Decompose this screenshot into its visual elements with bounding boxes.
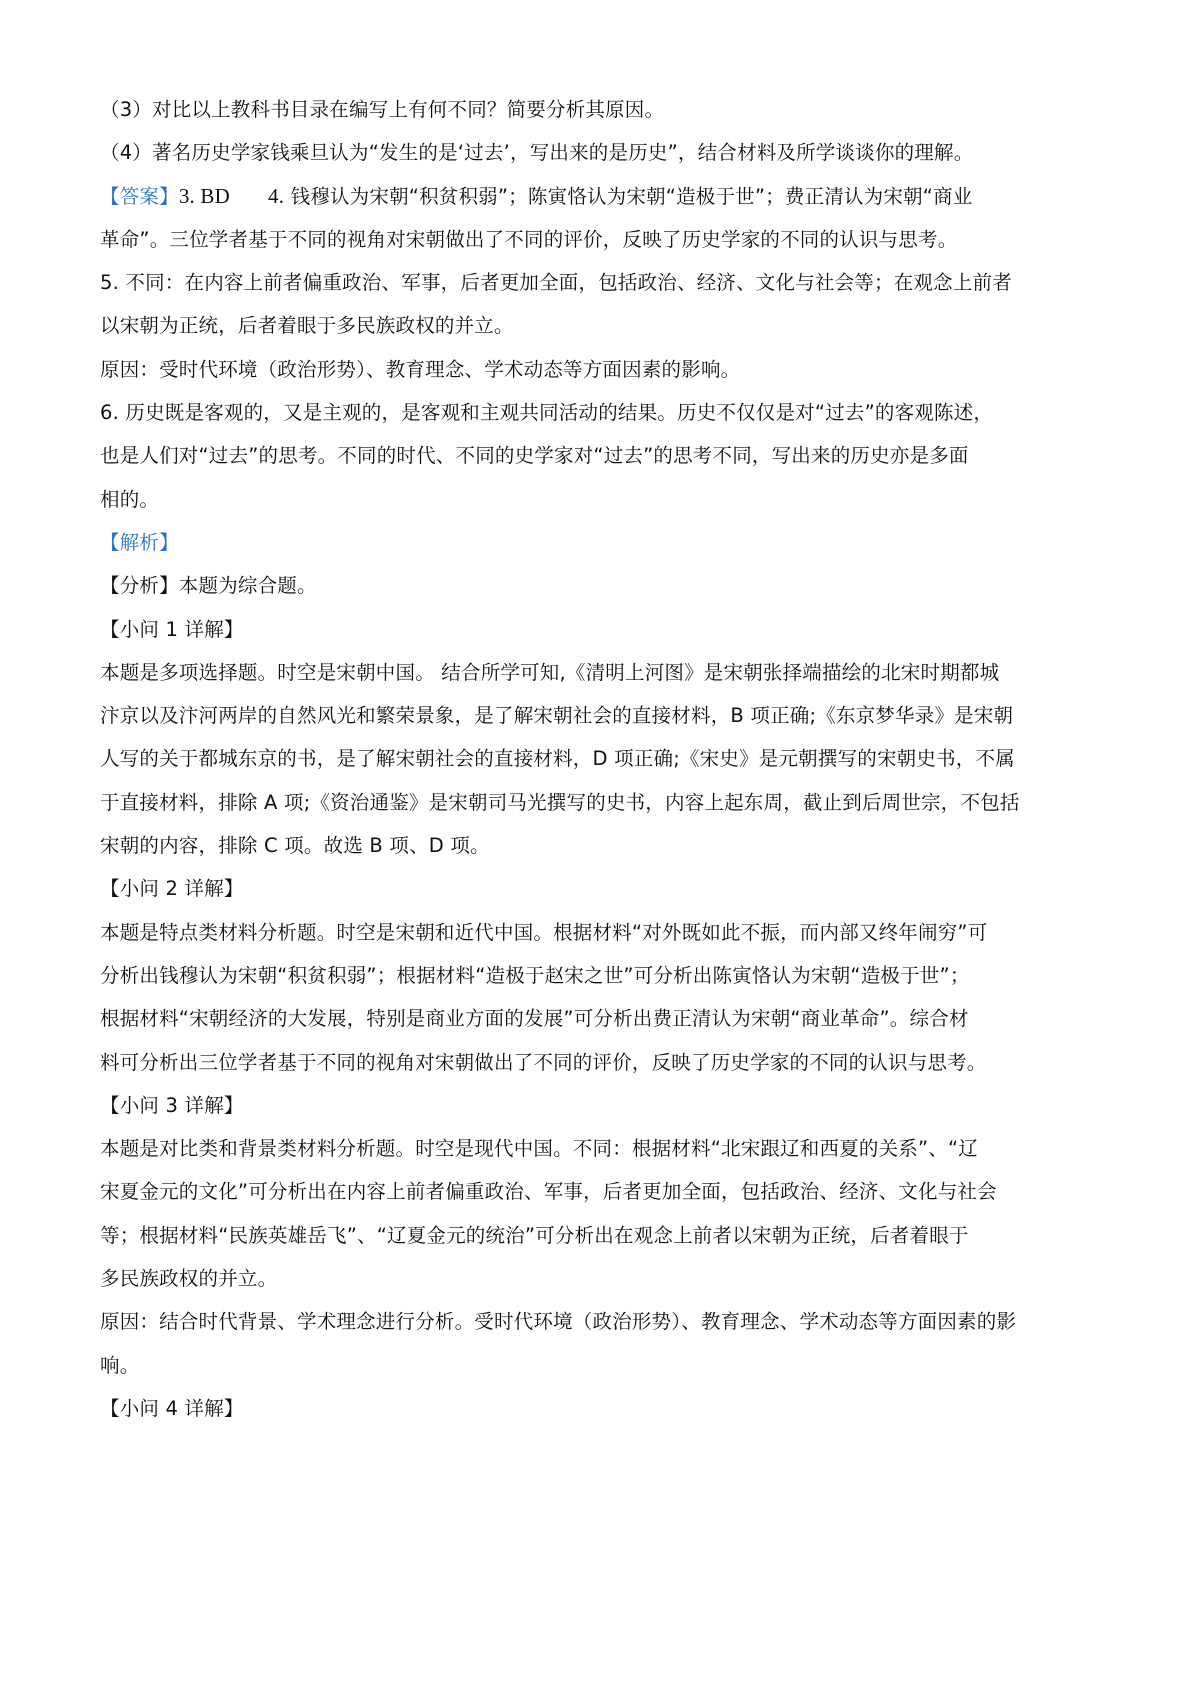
sub3-heading: 【小问 3 详解】 — [100, 1084, 1110, 1127]
sub1-heading: 【小问 1 详解】 — [100, 608, 1110, 651]
answer-5-reason: 原因：受时代环境（政治形势）、教育理念、学术动态等方面因素的影响。 — [100, 348, 1110, 391]
sub3-line: 宋夏金元的文化”可分析出在内容上前者偏重政治、军事，后者更加全面，包括政治、经济… — [100, 1170, 1110, 1213]
sub2-line: 根据材料“宋朝经济的大发展，特别是商业方面的发展”可分析出费正清认为宋朝“商业革… — [100, 997, 1110, 1040]
answer-label: 【答案】 — [100, 185, 179, 208]
answer-4-continued: 革命”。三位学者基于不同的视角对宋朝做出了不同的评价，反映了历史学家的不同的认识… — [100, 218, 1110, 261]
answer-line-1: 【答案】3. BD4. 钱穆认为宋朝“积贫积弱”；陈寅恪认为宋朝“造极于世”；费… — [100, 175, 1110, 218]
sub1-line: 宋朝的内容，排除 C 项。故选 B 项、D 项。 — [100, 824, 1110, 867]
sub1-line: 汴京以及汴河两岸的自然风光和繁荣景象，是了解宋朝社会的直接材料，B 项正确;《东… — [100, 694, 1110, 737]
answer-5-line-1: 5. 不同：在内容上前者偏重政治、军事，后者更加全面，包括政治、经济、文化与社会… — [100, 261, 1110, 304]
answer-6-line-3: 相的。 — [100, 478, 1110, 521]
answer-3: 3. BD — [179, 184, 230, 208]
sub1-line: 本题是多项选择题。时空是宋朝中国。 结合所学可知,《清明上河图》是宋朝张择端描绘… — [100, 651, 1110, 694]
sub1-line: 人写的关于都城东京的书，是了解宋朝社会的直接材料，D 项正确;《宋史》是元朝撰写… — [100, 737, 1110, 780]
answer-6-line-1: 6. 历史既是客观的，又是主观的，是客观和主观共同活动的结果。历史不仅仅是对“过… — [100, 391, 1110, 434]
answer-5-line-2: 以宋朝为正统，后者着眼于多民族政权的并立。 — [100, 304, 1110, 347]
sub3-line: 多民族政权的并立。 — [100, 1257, 1110, 1300]
document-page: （3）对比以上教科书目录在编写上有何不同？简要分析其原因。 （4）著名历史学家钱… — [100, 88, 1110, 1430]
sub3-line: 原因：结合时代背景、学术理念进行分析。受时代环境（政治形势）、教育理念、学术动态… — [100, 1300, 1110, 1343]
answer-4-text: 钱穆认为宋朝“积贫积弱”；陈寅恪认为宋朝“造极于世”；费正清认为宋朝“商业 — [291, 185, 973, 208]
question-4: （4）著名历史学家钱乘旦认为“发生的是‘过去’，写出来的是历史”，结合材料及所学… — [100, 131, 1110, 174]
sub3-line: 本题是对比类和背景类材料分析题。时空是现代中国。不同：根据材料“北宋跟辽和西夏的… — [100, 1127, 1110, 1170]
sub2-line: 本题是特点类材料分析题。时空是宋朝和近代中国。根据材料“对外既如此不振，而内部又… — [100, 911, 1110, 954]
sub4-heading: 【小问 4 详解】 — [100, 1387, 1110, 1430]
sub2-line: 料可分析出三位学者基于不同的视角对宋朝做出了不同的评价，反映了历史学家的不同的认… — [100, 1041, 1110, 1084]
sub2-line: 分析出钱穆认为宋朝“积贫积弱”；根据材料“造极于赵宋之世”可分析出陈寅恪认为宋朝… — [100, 954, 1110, 997]
sub1-line: 于直接材料，排除 A 项;《资治通鉴》是宋朝司马光撰写的史书，内容上起东周，截止… — [100, 781, 1110, 824]
question-3: （3）对比以上教科书目录在编写上有何不同？简要分析其原因。 — [100, 88, 1110, 131]
sub3-line: 等；根据材料“民族英雄岳飞”、“辽夏金元的统治”可分析出在观念上前者以宋朝为正统… — [100, 1214, 1110, 1257]
answer-4-number: 4. — [268, 184, 284, 208]
answer-6-line-2: 也是人们对“过去”的思考。不同的时代、不同的史学家对“过去”的思考不同，写出来的… — [100, 434, 1110, 477]
sub3-line: 响。 — [100, 1344, 1110, 1387]
analysis-label: 【解析】 — [100, 521, 1110, 564]
sub2-heading: 【小问 2 详解】 — [100, 867, 1110, 910]
analysis-overview: 【分析】本题为综合题。 — [100, 564, 1110, 607]
